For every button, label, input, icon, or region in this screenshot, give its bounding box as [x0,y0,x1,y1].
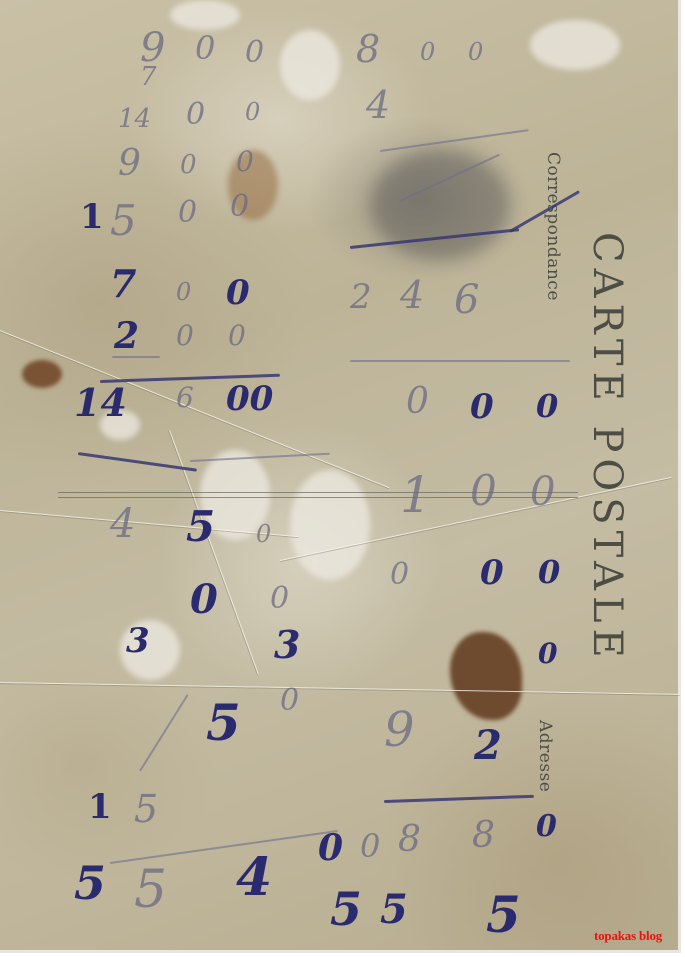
sum-line [384,795,534,803]
handwritten-digit: 9 [118,146,141,182]
underline-stroke [112,356,160,358]
handwritten-digit: 8 [472,818,495,854]
handwritten-digit: 0 [530,472,555,512]
handwritten-digit: 5 [186,506,215,548]
pencil-stroke [190,453,330,462]
handwritten-digit: 0 [470,390,494,424]
pencil-stroke [380,129,529,152]
worn-patch [280,30,340,100]
handwritten-digit: 0 [180,152,197,178]
handwritten-digit: 7 [110,265,136,303]
handwritten-digit: 5 [74,860,106,906]
crease-line [0,682,680,695]
handwritten-digit: 0 [256,522,271,546]
handwritten-digit: 0 [236,148,254,176]
handwritten-digit: 5 [110,200,137,242]
handwritten-digit: 2 [114,318,139,354]
handwritten-digit: 0 [230,192,249,222]
handwritten-digit: 4 [236,852,272,904]
worn-patch [530,20,620,70]
handwritten-digit: 4 [110,504,135,544]
handwritten-digit: 0 [228,322,246,350]
handwritten-digit: 5 [380,890,408,930]
handwritten-digit: 0 [270,584,289,614]
handwritten-digit: 0 [226,276,250,310]
handwritten-digit: 0 [538,640,557,668]
handwritten-digit: 1 [400,470,432,520]
handwritten-digit: 14 [74,384,127,422]
handwritten-digit: 5 [330,886,362,932]
divider-line [58,492,578,493]
handwritten-digit: 5 [134,790,158,828]
handwritten-digit: 0 [186,100,205,130]
handwritten-digit: 8 [356,30,380,68]
handwritten-digit: 0 [245,38,264,68]
handwritten-digit: 0 [406,384,429,420]
handwritten-digit: 0 [178,198,197,228]
worn-patch [170,0,240,30]
handwritten-digit: 0 [318,830,343,866]
handwritten-digit: 1 [88,790,112,824]
correspondence-label: Correspondance [543,152,563,301]
handwritten-digit: 0 [468,40,483,64]
handwritten-digit: 5 [206,698,241,748]
crease-line [0,330,389,488]
handwritten-digit: 5 [486,890,521,940]
handwritten-digit: 0 [280,686,299,716]
handwritten-digit: 0 [536,812,557,842]
handwritten-digit: 2 [474,726,502,766]
brown-stain-right [450,632,522,720]
handwritten-digit: 14 [118,106,151,132]
handwritten-digit: 0 [536,390,558,422]
handwritten-digit: 0 [538,556,560,588]
handwritten-digit: 0 [176,322,194,350]
divider-line [58,497,578,498]
handwritten-digit: 4 [400,276,424,314]
postcard-title: CARTE POSTALE [584,232,630,664]
handwritten-digit: 00 [226,382,273,416]
handwritten-digit: 1 [80,200,104,234]
address-label: Adresse [535,720,555,792]
handwritten-digit: 0 [176,280,191,304]
brown-stain-left [22,360,62,388]
handwritten-digit: 0 [390,560,409,590]
handwritten-digit: 0 [245,100,260,124]
postcard-back: CARTE POSTALE Correspondance Adresse 9 0… [0,0,681,953]
handwritten-digit: 7 [140,64,157,90]
pencil-stroke [350,360,570,362]
handwritten-digit: 0 [480,556,504,590]
handwritten-digit: 2 [350,280,372,314]
handwritten-digit: 0 [470,470,497,512]
pencil-stroke [110,830,338,864]
handwritten-digit: 0 [195,32,215,64]
handwritten-digit: 8 [398,822,421,858]
handwritten-digit: 3 [274,626,300,664]
handwritten-digit: 0 [360,830,380,862]
blog-watermark: topakas blog [594,928,662,944]
handwritten-digit: 4 [366,86,390,124]
handwritten-digit: 5 [134,864,167,916]
handwritten-digit: 6 [176,384,194,412]
handwritten-digit: 6 [454,280,479,320]
handwritten-digit: 3 [126,624,150,658]
worn-patch [290,470,370,580]
handwritten-digit: 0 [420,40,435,64]
handwritten-digit: 9 [384,706,415,754]
pencil-stroke [139,694,188,771]
handwritten-digit: 0 [190,580,218,620]
